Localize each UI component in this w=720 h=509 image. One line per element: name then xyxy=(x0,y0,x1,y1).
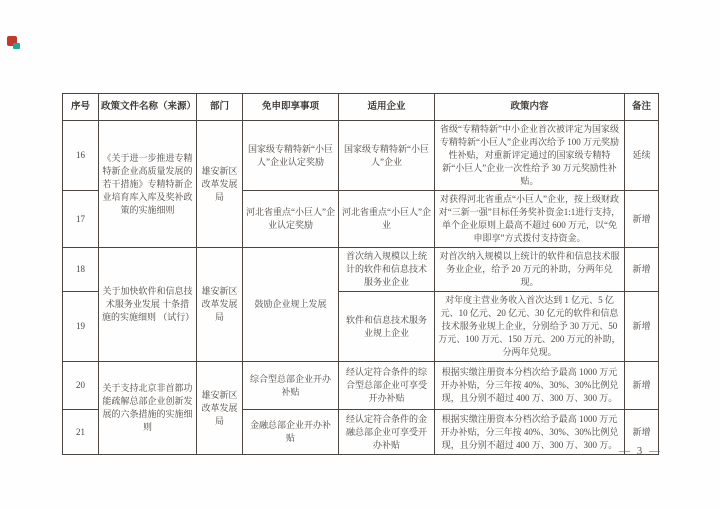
cell-seq: 21 xyxy=(63,410,99,455)
table-header-row: 序号 政策文件名称（来源） 部门 免申即享事项 适用企业 政策内容 备注 xyxy=(63,94,659,121)
cell-item: 金融总部企业开办补贴 xyxy=(243,410,339,455)
table-row: 16 《关于进一步推进专精特新企业高质量发展的若干措施》专精特新企业培育库入库及… xyxy=(63,121,659,191)
header-note: 备注 xyxy=(625,94,659,121)
cell-note: 新增 xyxy=(625,191,659,248)
cell-item: 国家级专精特新“小巨人”企业认定奖励 xyxy=(243,121,339,191)
cell-item: 综合型总部企业开办补贴 xyxy=(243,362,339,410)
logo-teal-square-icon xyxy=(13,43,20,49)
cell-content: 对年度主营业务收入首次达到 1 亿元、5 亿元、10 亿元、20 亿元、30 亿… xyxy=(435,292,625,362)
cell-content: 对首次纳入规模以上统计的软件和信息技术服务业企业，给予 20 万元的补助，分两年… xyxy=(435,248,625,292)
cell-content: 根据实缴注册资本分档次给予最高 1000 万元开办补贴，分三年按 40%、30%… xyxy=(435,362,625,410)
cell-seq: 19 xyxy=(63,292,99,362)
page-number: — 3 — xyxy=(619,445,662,457)
cell-department: 雄安新区改革发展局 xyxy=(197,362,243,455)
cell-seq: 18 xyxy=(63,248,99,292)
header-content: 政策内容 xyxy=(435,94,625,121)
cell-applicable: 国家级专精特新“小巨人”企业 xyxy=(339,121,435,191)
cell-content: 对获得河北省重点“小巨人”企业，按上级财政对“三新一强”目标任务奖补资金1:1进… xyxy=(435,191,625,248)
cell-applicable: 经认定符合条件的金融总部企业可享受开办补贴 xyxy=(339,410,435,455)
cell-seq: 16 xyxy=(63,121,99,191)
cell-content: 省级“专精特新”中小企业首次被评定为国家级专精特新“小巨人”企业再次给予 100… xyxy=(435,121,625,191)
cell-item: 鼓励企业规上发展 xyxy=(243,248,339,362)
cell-applicable: 河北省重点“小巨人”企业 xyxy=(339,191,435,248)
cell-doc-name: 《关于进一步推进专精特新企业高质量发展的若干措施》专精特新企业培育库入库及奖补政… xyxy=(99,121,197,248)
cell-content: 根据实缴注册资本分档次给予最高 1000 万元开办补贴，分三年按 40%、30%… xyxy=(435,410,625,455)
cell-department: 雄安新区改革发展局 xyxy=(197,248,243,362)
policy-table: 序号 政策文件名称（来源） 部门 免申即享事项 适用企业 政策内容 备注 16 … xyxy=(62,93,659,455)
header-department: 部门 xyxy=(197,94,243,121)
document-page: 序号 政策文件名称（来源） 部门 免申即享事项 适用企业 政策内容 备注 16 … xyxy=(0,0,720,509)
cell-note: 新增 xyxy=(625,248,659,292)
cell-note: 新增 xyxy=(625,362,659,410)
cell-applicable: 首次纳入规模以上统计的软件和信息技术服务业企业 xyxy=(339,248,435,292)
cell-seq: 17 xyxy=(63,191,99,248)
cell-note: 新增 xyxy=(625,292,659,362)
header-doc-name: 政策文件名称（来源） xyxy=(99,94,197,121)
cell-doc-name: 关于支持北京非首都功能疏解总部企业创新发展的六条措施的实施细则 xyxy=(99,362,197,455)
cell-applicable: 软件和信息技术服务业规上企业 xyxy=(339,292,435,362)
corner-logo-icon xyxy=(7,36,21,50)
header-item: 免申即享事项 xyxy=(243,94,339,121)
cell-department: 雄安新区改革发展局 xyxy=(197,121,243,248)
cell-doc-name: 关于加快软件和信息技术服务业发展 十条措施的实施细则 （试行） xyxy=(99,248,197,362)
table-row: 20 关于支持北京非首都功能疏解总部企业创新发展的六条措施的实施细则 雄安新区改… xyxy=(63,362,659,410)
header-applicable: 适用企业 xyxy=(339,94,435,121)
cell-seq: 20 xyxy=(63,362,99,410)
cell-item: 河北省重点“小巨人”企业认定奖励 xyxy=(243,191,339,248)
table-row: 18 关于加快软件和信息技术服务业发展 十条措施的实施细则 （试行） 雄安新区改… xyxy=(63,248,659,292)
cell-applicable: 经认定符合条件的综合型总部企业可享受开办补贴 xyxy=(339,362,435,410)
cell-note: 延续 xyxy=(625,121,659,191)
header-seq: 序号 xyxy=(63,94,99,121)
